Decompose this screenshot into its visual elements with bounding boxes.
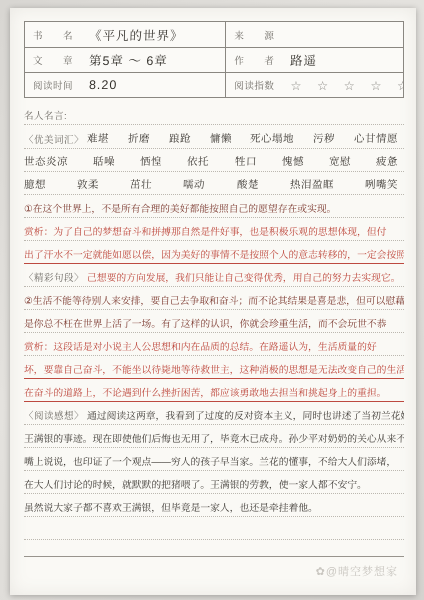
author-label: 作 者 [234, 53, 290, 67]
vocab-word: 世态炎凉 [24, 154, 68, 169]
source-label: 来 源 [234, 28, 290, 42]
vocab-word: 酸楚 [236, 177, 259, 192]
watermark-text: ✿@晴空梦想家 [24, 563, 404, 579]
vocab-word: 恓惶 [140, 154, 163, 169]
vocab-word: 聒噪 [93, 154, 116, 169]
reading-notes-page: 书 名 《平凡的世界》 来 源 文 章 第5章 ～ 6章 作 者 路遥 阅读时间… [10, 8, 416, 595]
famous-quotes-row: 名人名言: [24, 104, 404, 125]
handwritten-text: 坏，要靠自己奋斗，不能坐以待毙地等待救世主，这种消极的思想是无法改变自己的生活状… [24, 362, 404, 376]
note-line: ②生活不能等待别人来安排，要自己去争取和奋斗；而不论其结果是喜是悲，但可以慰藉的 [24, 287, 404, 310]
vocab-word: 心甘情愿 [354, 131, 399, 146]
vocab-word: 污秽 [313, 131, 336, 146]
book-title-cell: 书 名 《平凡的世界》 [25, 22, 225, 47]
vocab-word: 嚅动 [183, 177, 206, 192]
vocab-word: 疲惫 [376, 154, 399, 169]
vocab-word: 依托 [187, 154, 210, 169]
handwritten-text: 出了汗水不一定就能如愿以偿，因为美好的事情不是按照个人的意志转移的，一定会按照自 [24, 247, 404, 261]
vocab-line: 〈优美词汇〉难堪折磨踉跄慵懒死心塌地污秽心甘情愿 [24, 126, 404, 149]
photo-background: 书 名 《平凡的世界》 来 源 文 章 第5章 ～ 6章 作 者 路遥 阅读时间… [0, 0, 424, 600]
handwritten-text: 王满银的事迹。现在即使他们后悔也无用了，毕竟木已成舟。孙少平对奶奶的关心从来不是 [24, 431, 404, 445]
note-line: 赏析：为了自己的梦想奋斗和拼搏那自然是件好事，也是积极乐观的思想体现，但付 [24, 218, 404, 241]
vocab-words: 难堪折磨踉跄慵懒死心塌地污秽心甘情愿 [87, 131, 404, 146]
handwritten-text: 通过阅读这两章，我看到了过度的反对资本主义，同时也讲述了当初兰花嫁给 [87, 408, 404, 422]
vocab-word: 慵懒 [209, 131, 232, 146]
handwritten-text: 赏析：这段话是对小说主人公思想和内在品质的总结。在路遥认为，生活质量的好 [24, 339, 377, 353]
vocab-words: 世态炎凉聒噪恓惶依托牲口愧憾宽慰疲惫 [24, 154, 404, 169]
note-line: 虽然说大家子都不喜欢王满银，但毕竟是一家人，也还是牵挂着他。 [24, 494, 404, 517]
book-title-value: 《平凡的世界》 [89, 26, 184, 44]
handwritten-text: 己想要的方向发展，我们只能让自己变得优秀，用自己的努力去实现它。 [87, 270, 401, 284]
vocab-line: 世态炎凉聒噪恓惶依托牲口愧憾宽慰疲惫 [24, 149, 404, 172]
note-line: 是你总不枉在世界上活了一场。有了这样的认识，你就会珍重生活，而不会玩世不恭 [24, 310, 404, 333]
note-line: 在大人们讨论的时候，就默默的把猪喂了。王满银的劳教，使一家人都不安宁。 [24, 471, 404, 494]
vocab-word: 难堪 [87, 131, 110, 146]
note-line: 〈阅读感想〉通过阅读这两章，我看到了过度的反对资本主义，同时也讲述了当初兰花嫁给 [24, 402, 404, 425]
chapter-cell: 文 章 第5章 ～ 6章 [25, 47, 225, 72]
handwritten-text: 嘴上说说，也印证了一个观点——穷人的孩子早当家。兰花的懂事，不给大人们添堵， [24, 454, 397, 468]
handwritten-text: 赏析：为了自己的梦想奋斗和拼搏那自然是件好事，也是积极乐观的思想体现，但付 [24, 224, 387, 238]
vocab-word: 死心塌地 [250, 131, 295, 146]
note-line: 嘴上说说，也印证了一个观点——穷人的孩子早当家。兰花的懂事，不给大人们添堵， [24, 448, 404, 471]
reading-time-value: 8.20 [89, 78, 118, 92]
vocab-word: 茁壮 [130, 177, 153, 192]
author-cell: 作 者 路遥 [225, 47, 403, 72]
vocab-word: 敦柔 [77, 177, 100, 192]
handwritten-text: 是你总不枉在世界上活了一场。有了这样的认识，你就会珍重生活，而不会玩世不恭 [24, 316, 387, 330]
handwritten-text: ②生活不能等待别人来安排，要自己去争取和奋斗；而不论其结果是喜是悲，但可以慰藉的 [24, 293, 404, 307]
note-line: 王满银的事迹。现在即使他们后悔也无用了，毕竟木已成舟。孙少平对奶奶的关心从来不是 [24, 425, 404, 448]
vocab-line: 臆想敦柔茁壮嚅动酸楚热泪盈眶咧嘴笑 [24, 172, 404, 195]
source-cell: 来 源 [225, 22, 403, 47]
handwritten-text: 在大人们讨论的时候，就默默的把猪喂了。王满银的劳教，使一家人都不安宁。 [24, 477, 367, 491]
vocab-word: 热泪盈眶 [290, 177, 335, 192]
printed-section-label: 〈阅读感想〉 [24, 408, 84, 422]
chapter-label: 文 章 [33, 53, 89, 67]
printed-section-label: 〈优美词汇〉 [24, 132, 84, 146]
note-lines: 〈优美词汇〉难堪折磨踉跄慵懒死心塌地污秽心甘情愿世态炎凉聒噪恓惶依托牲口愧憾宽慰… [24, 126, 404, 540]
book-title-label: 书 名 [33, 28, 89, 42]
reading-rating-cell: 阅读指数 ☆ ☆ ☆ ☆ ☆ [225, 72, 403, 97]
vocab-word: 牲口 [234, 154, 257, 169]
note-line: ①在这个世界上，不是所有合理的美好都能按照自己的愿望存在或实现。 [24, 195, 404, 218]
vocab-words: 臆想敦柔茁壮嚅动酸楚热泪盈眶咧嘴笑 [24, 177, 404, 192]
reading-rating-label: 阅读指数 [234, 78, 290, 92]
note-line: 坏，要靠自己奋斗，不能坐以待毙地等待救世主，这种消极的思想是无法改变自己的生活状… [24, 356, 404, 379]
author-value: 路遥 [290, 51, 318, 69]
note-line: 〈精彩句段〉己想要的方向发展，我们只能让自己变得优秀，用自己的努力去实现它。 [24, 264, 404, 287]
bottom-rule [24, 556, 404, 557]
note-line [24, 517, 404, 540]
rating-stars: ☆ ☆ ☆ ☆ ☆ [290, 78, 403, 93]
vocab-word: 折磨 [128, 131, 151, 146]
vocab-word: 愧憾 [281, 154, 304, 169]
handwritten-text: 虽然说大家子都不喜欢王满银，但毕竟是一家人，也还是牵挂着他。 [24, 500, 318, 514]
note-line: 在奋斗的道路上，不论遇到什么挫折困苦，都应该勇敢地去担当和挑起身上的重担。 [24, 379, 404, 402]
vocab-word: 宽慰 [329, 154, 352, 169]
note-line: 赏析：这段话是对小说主人公思想和内在品质的总结。在路遥认为，生活质量的好 [24, 333, 404, 356]
chapter-value: 第5章 ～ 6章 [89, 51, 168, 69]
reading-time-label: 阅读时间 [33, 78, 89, 92]
note-line: 出了汗水不一定就能如愿以偿，因为美好的事情不是按照个人的意志转移的，一定会按照自 [24, 241, 404, 264]
reading-time-cell: 阅读时间 8.20 [25, 72, 225, 97]
vocab-word: 臆想 [24, 177, 46, 192]
printed-section-label: 〈精彩句段〉 [24, 270, 84, 284]
header-form-table: 书 名 《平凡的世界》 来 源 文 章 第5章 ～ 6章 作 者 路遥 阅读时间… [24, 21, 404, 98]
vocab-word: 咧嘴笑 [365, 177, 399, 192]
famous-quotes-label: 名人名言: [24, 108, 67, 122]
handwritten-text: 在奋斗的道路上，不论遇到什么挫折困苦，都应该勇敢地去担当和挑起身上的重担。 [24, 385, 387, 399]
handwritten-text: ①在这个世界上，不是所有合理的美好都能按照自己的愿望存在或实现。 [24, 201, 337, 215]
vocab-word: 踉跄 [168, 131, 191, 146]
